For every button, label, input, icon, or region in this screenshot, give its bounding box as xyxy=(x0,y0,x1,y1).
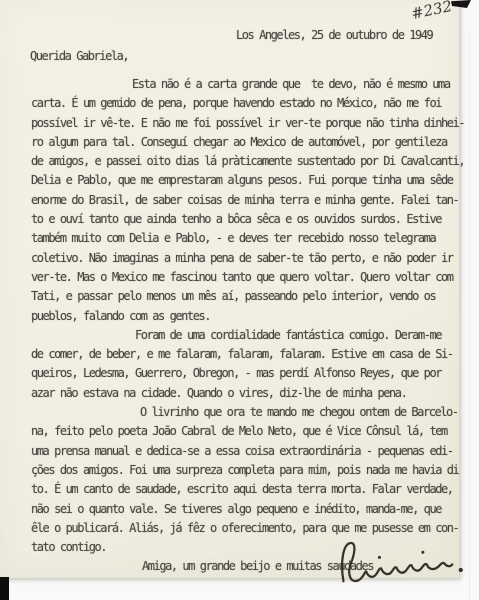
letter-line: ro algum para tal. Conseguí chegar ao Me… xyxy=(31,133,459,152)
scan-crease-line xyxy=(469,30,470,600)
letter-line: ver-te. Mas o Mexico me fascinou tanto q… xyxy=(31,268,459,287)
letter-line: Tati, e passar pelo menos um mês aí, pas… xyxy=(31,287,459,306)
letter-body: Esta não é a carta grande que te devo, n… xyxy=(31,75,459,577)
scan-edge-artifact xyxy=(0,577,9,600)
letter-line: coletivo. Não imaginas a minha pena de s… xyxy=(31,249,459,268)
letter-line: O livrinho que ora te mando me chegou on… xyxy=(31,403,459,422)
letter-line: ções dos amigos. Foi uma surpreza comple… xyxy=(31,461,459,480)
letter-line: Delia e Pablo, que me emprestaram alguns… xyxy=(31,171,459,190)
scanned-letter-page: #232 Los Angeles, 25 de outubro de 1949 … xyxy=(0,0,479,600)
letter-line: também muito com Delia e Pablo, - e deve… xyxy=(31,229,459,248)
letter-line: na, feito pelo poeta João Cabral de Melo… xyxy=(31,422,459,441)
letter-line: queiros, Ledesma, Guerrero, Obregon, - m… xyxy=(31,364,459,383)
dateline: Los Angeles, 25 de outubro de 1949 xyxy=(236,28,432,42)
salutation: Querida Gabriela, xyxy=(30,49,128,63)
letter-line: uma prensa manual e dedica-se a essa coi… xyxy=(31,442,459,461)
signature-icon: Vinicius. xyxy=(332,529,467,590)
letter-line: enorme do Brasil, de saber coisas de min… xyxy=(31,191,459,210)
letter-line: pueblos, falando com as gentes. xyxy=(31,307,459,326)
letter-line: de amigos, e passei oito dias lá pràtica… xyxy=(31,152,459,171)
letter-line: possível ir vê-te. E não me foi possível… xyxy=(31,114,459,133)
letter-line: carta. É um gemido de pena, porque haven… xyxy=(31,94,459,113)
letter-line: to e ouví tanto que ainda tenho a bôca s… xyxy=(31,210,459,229)
letter-line: de comer, de beber, e me falaram, falara… xyxy=(31,345,459,364)
letter-line: não sei o quanto vale. Se tiveres algo p… xyxy=(31,500,459,519)
letter-line: azar não estava na cidade. Quando o vire… xyxy=(31,384,459,403)
signature-handwritten: Vinicius. xyxy=(332,529,467,590)
letter-line: Foram de uma cordialidade fantástica com… xyxy=(31,326,459,345)
letter-line: Esta não é a carta grande que te devo, n… xyxy=(31,75,459,94)
letter-line: to. É um canto de saudade, escrito aqui … xyxy=(31,480,459,499)
